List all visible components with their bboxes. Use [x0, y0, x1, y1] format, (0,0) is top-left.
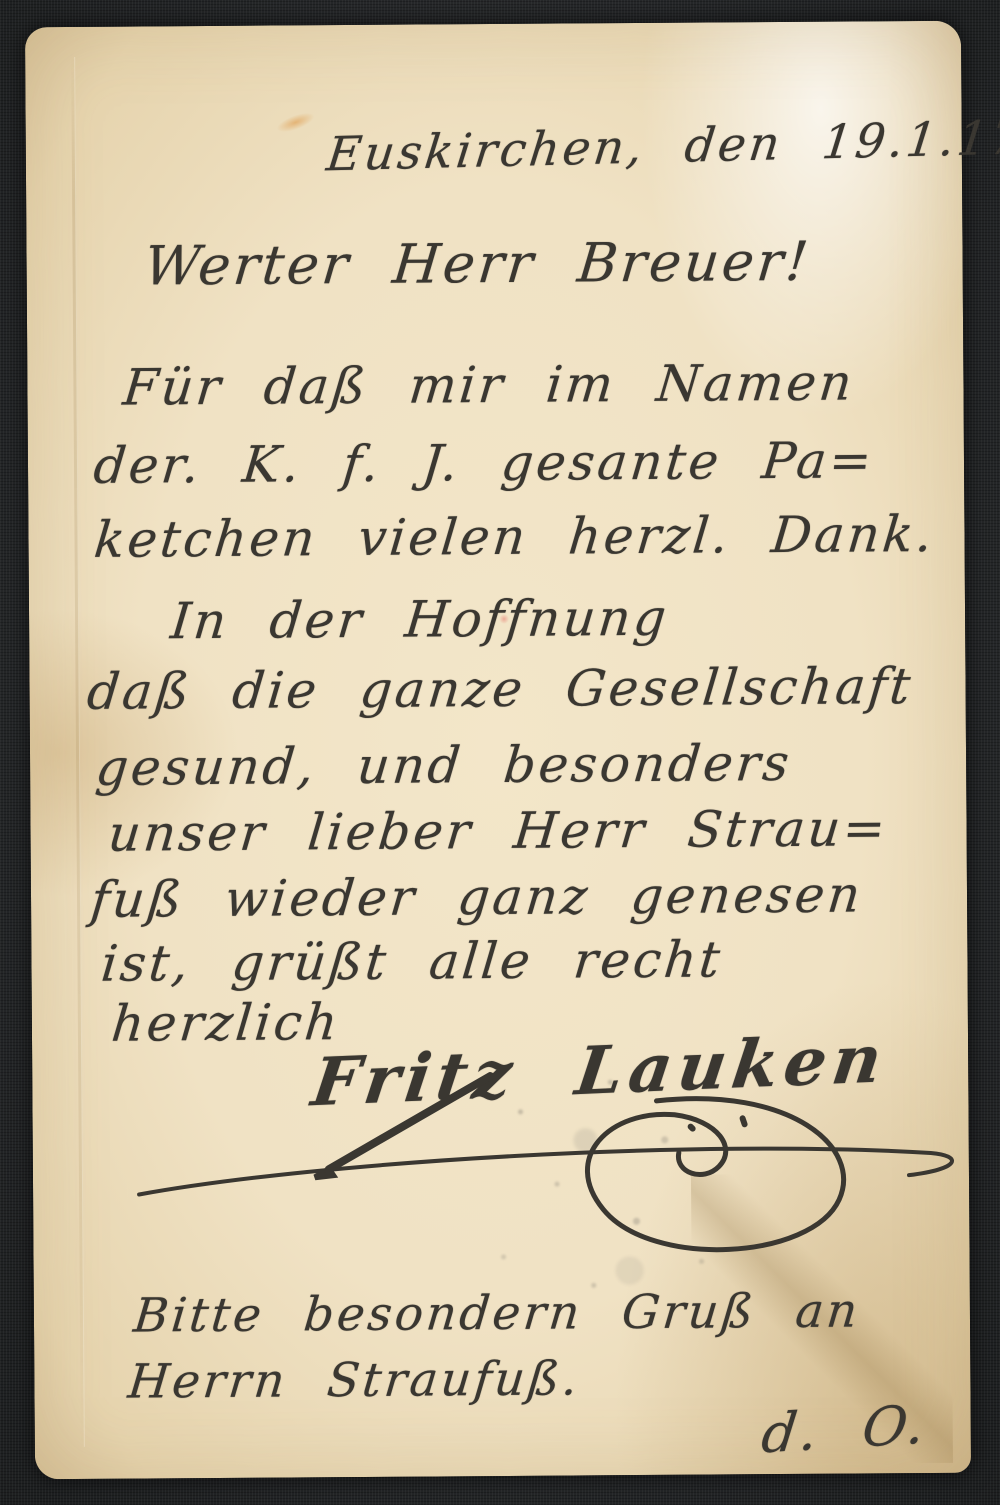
dateline: Euskirchen, den 19.1.17.: [324, 110, 1000, 182]
salutation-line: Werter Herr Breuer!: [142, 230, 814, 298]
paper-stain: [274, 109, 316, 136]
body-line: daß die ganze Gesellschaft: [85, 657, 916, 721]
body-line: Für daß mir im Namen: [121, 353, 858, 416]
body-line: ketchen vielen herzl. Dank.: [92, 505, 938, 569]
body-line: ist, grüßt alle recht: [99, 930, 726, 992]
initials: d. O.: [758, 1393, 931, 1466]
paper-crease-left: [71, 57, 85, 1447]
signature-flourish: [90, 1067, 975, 1287]
body-line: unser lieber Herr Strau=: [106, 799, 891, 862]
body-line: fuß wieder ganz genesen: [88, 865, 866, 928]
body-line: In der Hoffnung: [168, 589, 671, 651]
postcard-photo: Euskirchen, den 19.1.17. Werter Herr Bre…: [0, 0, 1000, 1505]
body-line: herzlich: [109, 993, 343, 1053]
postcard: Euskirchen, den 19.1.17. Werter Herr Bre…: [25, 21, 971, 1479]
body-line: der. K. f. J. gesante Pa=: [91, 431, 877, 494]
postscript-line: Herrn Straufuß.: [126, 1351, 583, 1409]
postscript-line: Bitte besondern Gruß an: [131, 1283, 863, 1343]
body-line: gesund, und besonders: [93, 734, 794, 797]
